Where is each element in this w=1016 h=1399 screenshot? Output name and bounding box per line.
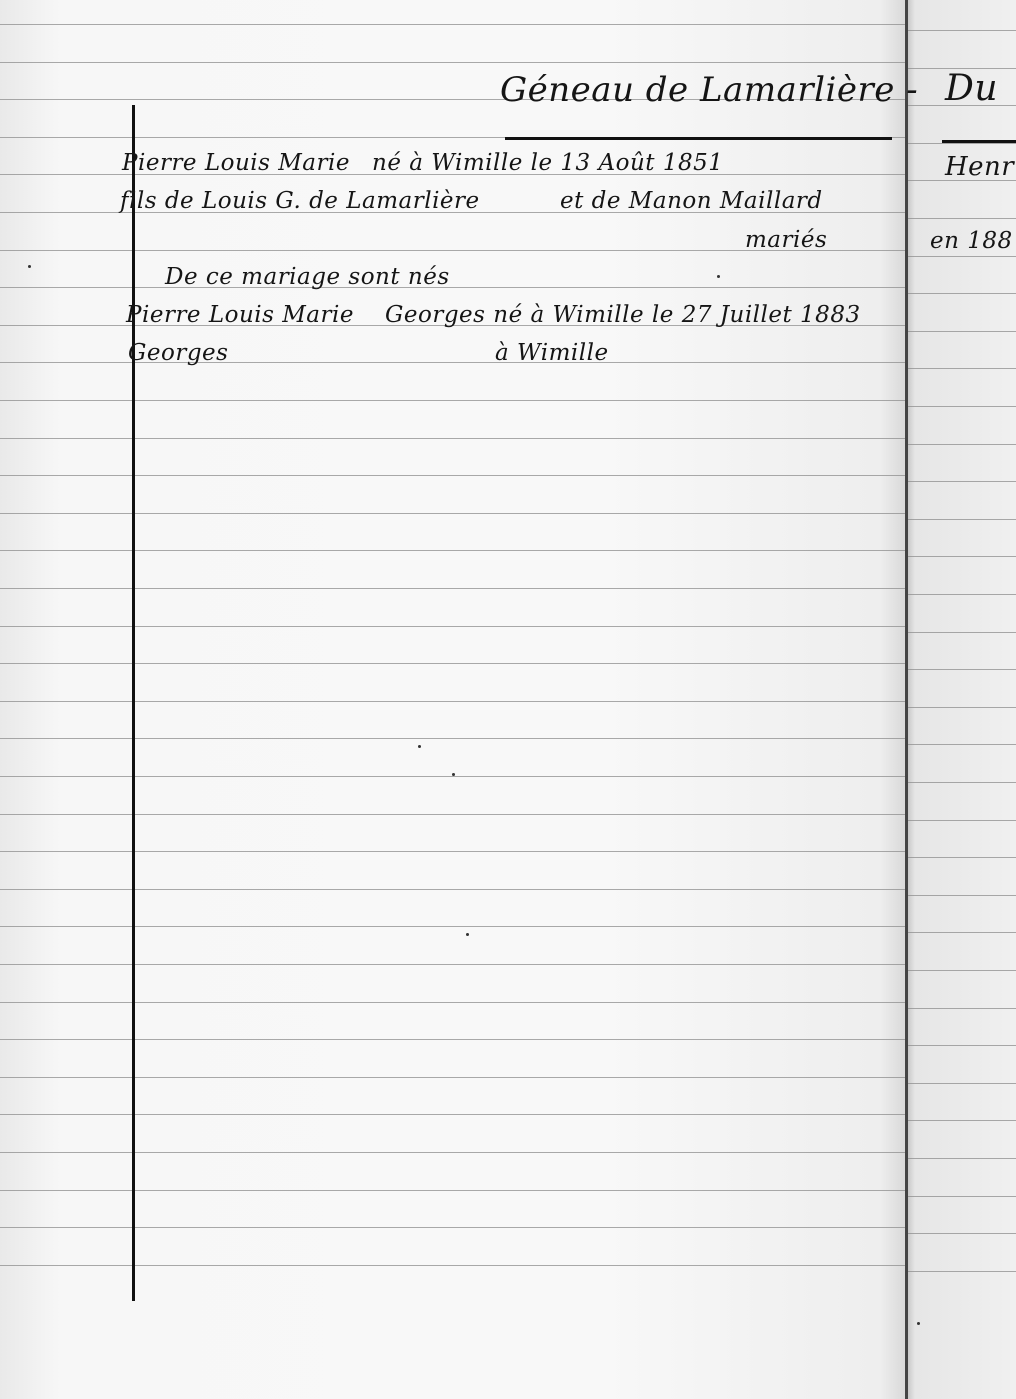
ruled-line <box>908 744 1016 745</box>
right-page-line: Henr <box>945 152 1014 182</box>
ruled-line <box>0 287 905 288</box>
ruled-line <box>908 143 1016 144</box>
ruled-line <box>0 513 905 514</box>
ruled-line <box>0 1114 905 1115</box>
ruled-line <box>908 782 1016 783</box>
ruled-line <box>0 400 905 401</box>
paper-speck <box>917 1322 920 1325</box>
paper-speck <box>717 275 720 278</box>
entry-father: fils de Louis G. de Lamarlière <box>120 188 480 214</box>
ruled-line <box>0 701 905 702</box>
paper-speck <box>466 933 469 936</box>
paper-speck <box>418 745 421 748</box>
ruled-line <box>908 519 1016 520</box>
ruled-line <box>908 218 1016 219</box>
child-name: Pierre Louis Marie <box>126 302 354 328</box>
child-birth: à Wimille <box>495 340 609 366</box>
register-page: Géneau de Lamarlière - Du Pierre Louis M… <box>0 0 1016 1399</box>
ruled-line <box>0 1190 905 1191</box>
ruled-line <box>0 550 905 551</box>
ruled-line <box>0 475 905 476</box>
ruled-line <box>0 776 905 777</box>
ruled-line <box>0 626 905 627</box>
ruled-line <box>0 1039 905 1040</box>
header-underline <box>505 137 892 140</box>
ruled-line <box>908 857 1016 858</box>
ruled-line <box>0 24 905 25</box>
ruled-line <box>908 293 1016 294</box>
book-gutter <box>905 0 908 1399</box>
ruled-line <box>908 556 1016 557</box>
ruled-line <box>908 820 1016 821</box>
entry-mother: et de Manon Maillard <box>560 188 823 214</box>
ruled-line <box>908 1233 1016 1234</box>
ruled-line <box>908 632 1016 633</box>
paper-speck <box>452 773 455 776</box>
ruled-line <box>908 1158 1016 1159</box>
ruled-line <box>0 1227 905 1228</box>
ruled-line <box>908 30 1016 31</box>
child-birth: Georges né à Wimille le 27 Juillet 1883 <box>385 302 861 328</box>
page-title: Géneau de Lamarlière - <box>500 70 918 110</box>
ruled-line <box>0 926 905 927</box>
ruled-line <box>908 481 1016 482</box>
ruled-line <box>908 895 1016 896</box>
ruled-line <box>908 594 1016 595</box>
ruled-line <box>908 669 1016 670</box>
ruled-line <box>0 814 905 815</box>
ruled-line <box>908 1008 1016 1009</box>
ruled-line <box>908 1196 1016 1197</box>
right-page-line: en 188 <box>930 228 1013 254</box>
left-margin-line <box>132 105 135 1301</box>
ruled-line <box>908 368 1016 369</box>
ruled-line <box>0 588 905 589</box>
ruled-line <box>908 444 1016 445</box>
ruled-line <box>0 1077 905 1078</box>
ruled-line <box>0 1265 905 1266</box>
ruled-line <box>908 331 1016 332</box>
paper-speck <box>28 265 31 268</box>
ruled-line <box>0 62 905 63</box>
ruled-line <box>908 256 1016 257</box>
ruled-line <box>0 851 905 852</box>
ruled-line <box>0 438 905 439</box>
entry-status: mariés <box>745 227 827 253</box>
ruled-line <box>0 889 905 890</box>
ruled-line <box>908 970 1016 971</box>
entry-birth: né à Wimille le 13 Août 1851 <box>372 150 723 176</box>
ruled-line <box>0 964 905 965</box>
child-name: Georges <box>128 340 228 366</box>
right-page-title: Du <box>945 68 998 109</box>
ruled-line <box>0 1152 905 1153</box>
ruled-line <box>908 932 1016 933</box>
ruled-line <box>908 1045 1016 1046</box>
ruled-line <box>908 707 1016 708</box>
ruled-line <box>0 1002 905 1003</box>
ruled-line <box>0 738 905 739</box>
ruled-line <box>908 406 1016 407</box>
entry-name: Pierre Louis Marie <box>122 150 350 176</box>
ruled-line <box>908 1271 1016 1272</box>
ruled-line <box>908 1083 1016 1084</box>
ruled-line <box>0 663 905 664</box>
ruled-line <box>908 1120 1016 1121</box>
children-heading: De ce mariage sont nés <box>165 264 450 290</box>
right-page-header-underline <box>942 140 1016 143</box>
